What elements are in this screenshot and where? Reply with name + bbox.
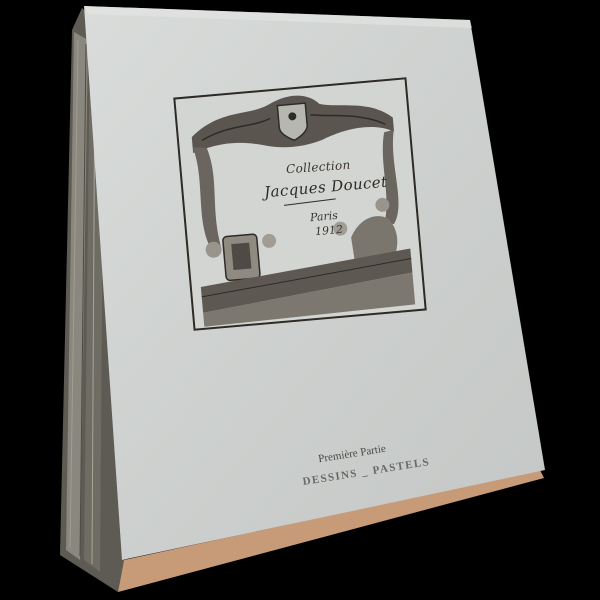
engraving-frame [168,72,432,336]
book-photo: Collection Jacques Doucet Paris 1912 Pre… [0,0,600,600]
